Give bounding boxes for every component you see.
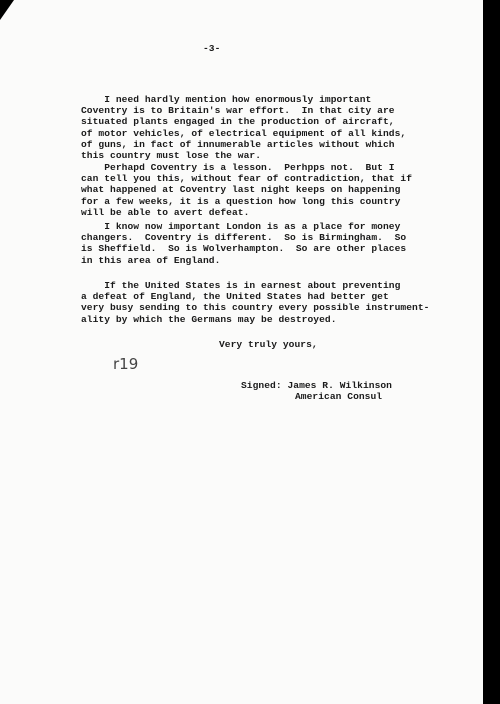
paragraph-4: If the United States is in earnest about… <box>81 280 429 325</box>
document-page: -3- I need hardly mention how enormously… <box>0 0 483 704</box>
scan-edge <box>483 0 500 704</box>
signature-title: American Consul <box>295 391 382 402</box>
signature-name: Signed: James R. Wilkinson <box>241 380 392 391</box>
closing: Very truly yours, <box>219 339 318 350</box>
paragraph-2: Perhapd Coventry is a lesson. Perhpps no… <box>81 162 412 218</box>
paragraph-1: I need hardly mention how enormously imp… <box>81 94 406 161</box>
paragraph-3: I know now important London is as a plac… <box>81 221 406 266</box>
scan-corner-shadow <box>0 0 14 20</box>
page-number: -3- <box>203 43 220 54</box>
handwritten-note: r19 <box>113 355 138 373</box>
